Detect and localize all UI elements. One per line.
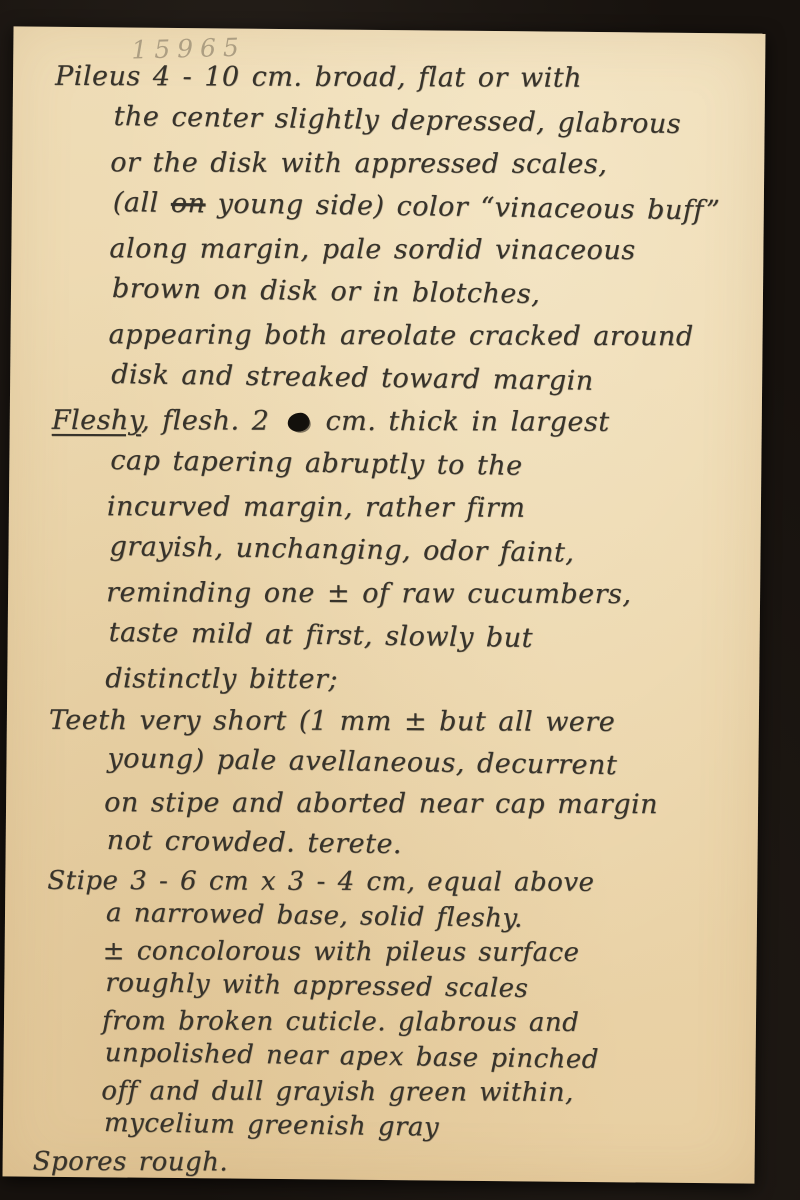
handwritten-line: reminding one ± of raw cucumbers, xyxy=(106,571,734,616)
text-segment: (all xyxy=(113,187,171,219)
text-segment: on stipe and aborted near cap margin xyxy=(104,787,658,820)
text-segment: taste mild at first, slowly but xyxy=(109,617,534,654)
handwritten-line: not crowded. terete. xyxy=(106,820,735,870)
handwritten-line: grayish, unchanging, odor faint, xyxy=(109,525,738,577)
handwritten-line: roughly with appressed scales xyxy=(105,966,733,1010)
handwritten-line: disk and streaked toward margin xyxy=(111,353,740,405)
handwritten-line: on stipe and aborted near cap margin xyxy=(104,782,732,825)
text-segment: Spores rough. xyxy=(33,1147,229,1178)
text-segment: young) pale avellaneous, decurrent xyxy=(107,743,617,781)
text-segment: or the disk with appressed scales, xyxy=(110,147,607,180)
paragraph-flesh: Fleshy, flesh. 2 cm. thick in largestcap… xyxy=(49,397,736,705)
text-segment: unpolished near apex base pinched xyxy=(104,1038,599,1075)
handwritten-line: along margin, pale sordid vinaceous xyxy=(109,227,737,272)
text-segment: Stipe 3 - 6 cm x 3 - 4 cm, equal above xyxy=(47,866,594,898)
handwritten-line: cap tapering abruptly to the xyxy=(110,439,739,491)
text-segment: brown on disk or in blotches, xyxy=(112,273,541,310)
handwritten-note: Pileus 4 - 10 cm. broad, flat or withthe… xyxy=(44,53,739,1184)
text-segment: along margin, pale sordid vinaceous xyxy=(109,233,635,266)
paragraph-pileus: Pileus 4 - 10 cm. broad, flat or withthe… xyxy=(52,53,739,404)
handwritten-line: ± concolorous with pileus surface xyxy=(103,934,731,971)
text-segment: appearing both areolate cracked around xyxy=(109,319,694,352)
handwritten-line: incurved margin, rather firm xyxy=(107,485,735,530)
handwritten-line: appearing both areolate cracked around xyxy=(109,313,737,358)
handwritten-line: distinctly bitter; xyxy=(105,657,733,702)
text-segment: Teeth very short (1 mm ± but all were xyxy=(49,705,615,738)
text-segment: mycelium greenish gray xyxy=(104,1108,439,1143)
handwritten-line: off and dull grayish green within, xyxy=(101,1074,729,1111)
handwritten-line: (all on young side) color “vinaceous buf… xyxy=(113,181,742,233)
index-card: 15965 Pileus 4 - 10 cm. broad, flat or w… xyxy=(2,26,765,1183)
text-segment: , flesh. 2 xyxy=(141,405,282,436)
handwritten-line: unpolished near apex base pinched xyxy=(104,1036,732,1080)
handwritten-line: Teeth very short (1 mm ± but all were xyxy=(49,700,733,743)
handwritten-line: young) pale avellaneous, decurrent xyxy=(107,738,736,788)
text-segment: from broken cuticle. glabrous and xyxy=(102,1006,579,1038)
text-segment: young side) color “vinaceous buff” xyxy=(205,188,720,226)
text-segment: cm. thick in largest xyxy=(313,406,609,438)
text-segment: disk and streaked toward margin xyxy=(111,359,594,397)
handwritten-line: taste mild at first, slowly but xyxy=(108,611,737,663)
text-segment: reminding one ± of raw cucumbers, xyxy=(106,577,631,610)
text-segment: not crowded. terete. xyxy=(107,825,403,860)
paragraph-teeth: Teeth very short (1 mm ± but all wereyou… xyxy=(48,698,734,869)
text-segment: ± concolorous with pileus surface xyxy=(103,936,580,968)
text-segment: grayish, unchanging, odor faint, xyxy=(109,531,574,568)
ink-blot xyxy=(287,413,309,432)
photo-background: 15965 Pileus 4 - 10 cm. broad, flat or w… xyxy=(0,0,800,1200)
handwritten-line: a narrowed base, solid fleshy. xyxy=(106,896,734,940)
text-segment: off and dull grayish green within, xyxy=(101,1076,574,1108)
text-segment: Pileus 4 - 10 cm. broad, flat or with xyxy=(55,61,582,94)
text-segment: the center slightly depressed, glabrous xyxy=(113,101,681,140)
paragraph-spores: Spores rough. xyxy=(44,1142,728,1184)
text-segment: roughly with appressed scales xyxy=(105,968,528,1004)
text-segment: cap tapering abruptly to the xyxy=(110,445,523,482)
text-segment: incurved margin, rather firm xyxy=(107,491,526,523)
handwritten-line: the center slightly depressed, glabrous xyxy=(113,95,742,147)
handwritten-line: from broken cuticle. glabrous and xyxy=(102,1004,730,1041)
text-segment: on xyxy=(171,188,206,219)
text-segment: distinctly bitter; xyxy=(105,663,338,695)
handwritten-line: brown on disk or in blotches, xyxy=(112,267,741,319)
paragraph-stipe: Stipe 3 - 6 cm x 3 - 4 cm, equal abovea … xyxy=(45,862,732,1149)
handwritten-line: Spores rough. xyxy=(33,1144,729,1183)
handwritten-line: Fleshy, flesh. 2 cm. thick in largest xyxy=(52,399,736,444)
handwritten-line: Pileus 4 - 10 cm. broad, flat or with xyxy=(55,55,739,100)
text-segment: Fleshy xyxy=(52,405,141,436)
handwritten-line: or the disk with appressed scales, xyxy=(110,141,738,186)
text-segment: a narrowed base, solid fleshy. xyxy=(106,898,523,934)
